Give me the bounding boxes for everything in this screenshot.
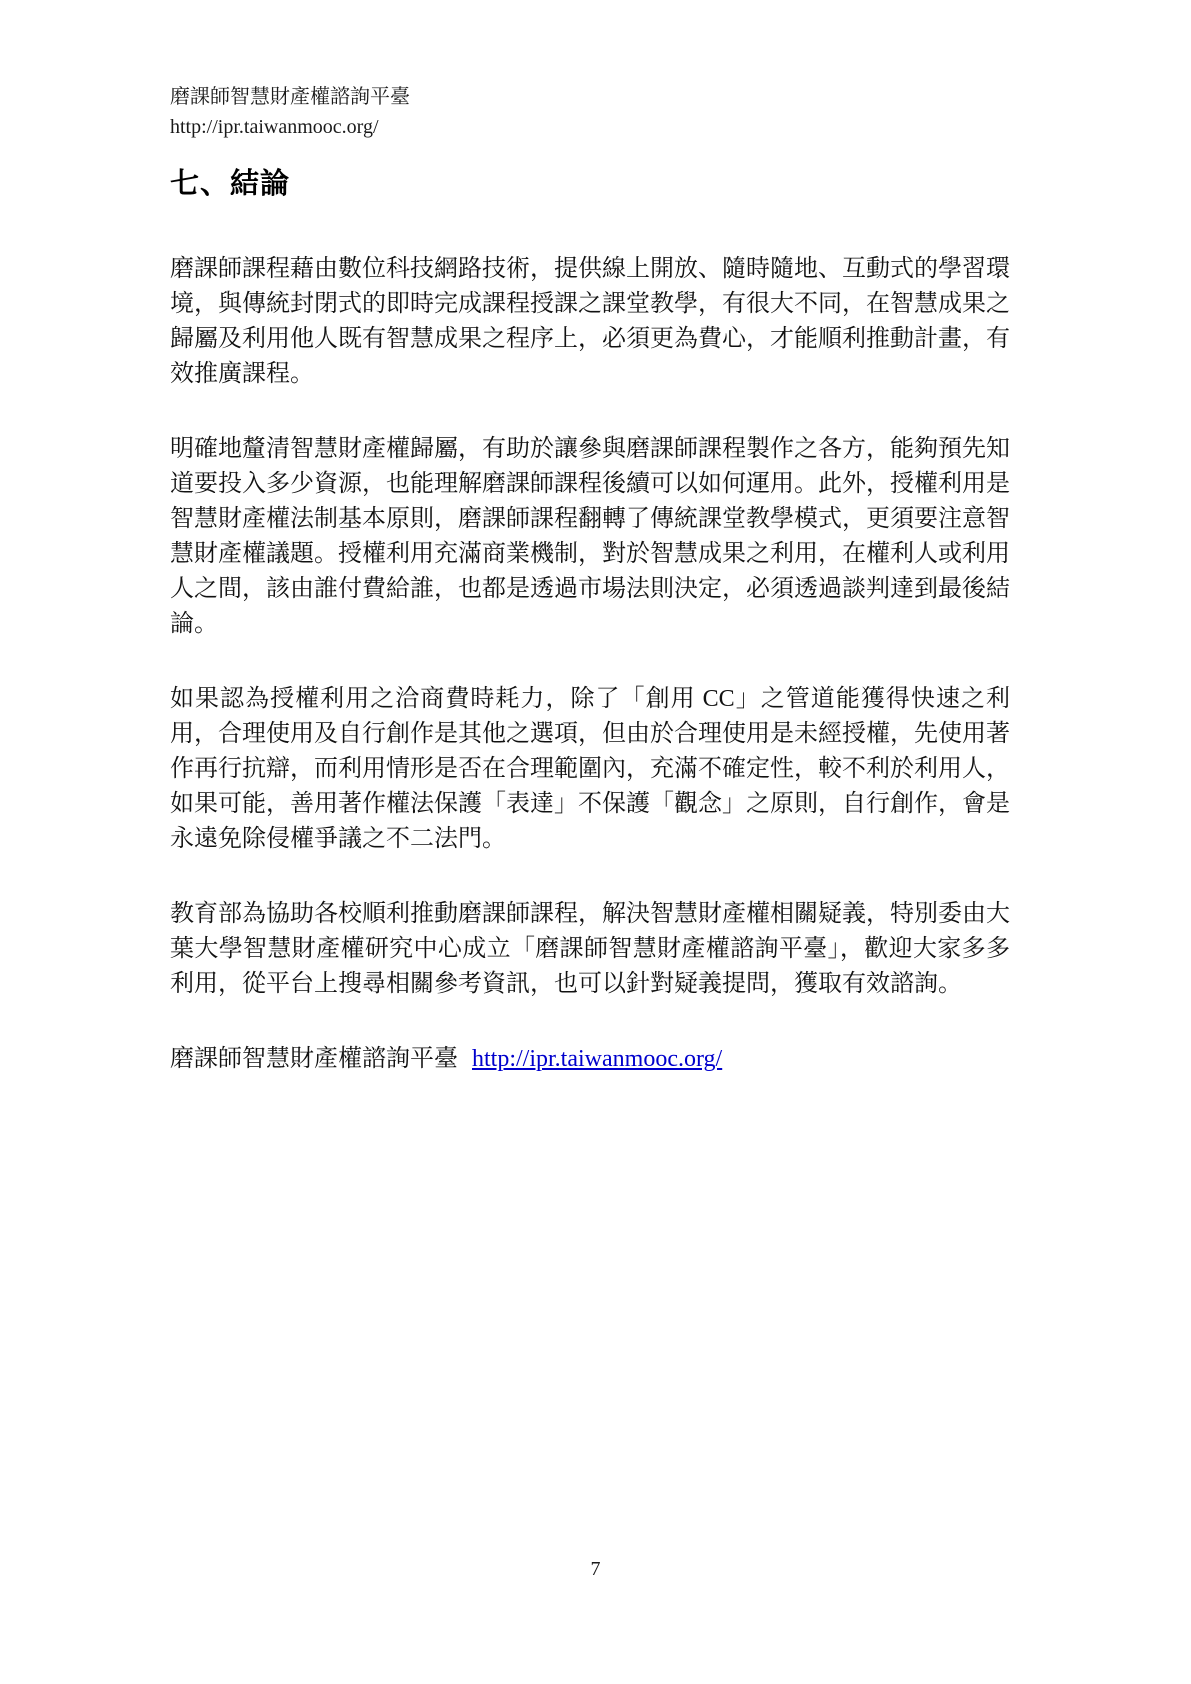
platform-link-line: 磨課師智慧財產權諮詢平臺http://ipr.taiwanmooc.org/ xyxy=(170,1042,1010,1077)
page-number: 7 xyxy=(0,1556,1191,1582)
header-url: http://ipr.taiwanmooc.org/ xyxy=(170,112,1010,142)
header-platform-name: 磨課師智慧財產權諮詢平臺 xyxy=(170,82,1010,112)
paragraph-2: 明確地釐清智慧財產權歸屬，有助於讓參與磨課師課程製作之各方，能夠預先知道要投入多… xyxy=(170,432,1010,642)
paragraph-4: 教育部為協助各校順利推動磨課師課程，解決智慧財產權相關疑義，特別委由大葉大學智慧… xyxy=(170,897,1010,1002)
platform-link-label: 磨課師智慧財產權諮詢平臺 xyxy=(170,1046,458,1072)
platform-link[interactable]: http://ipr.taiwanmooc.org/ xyxy=(472,1046,722,1072)
document-page: 磨課師智慧財產權諮詢平臺 http://ipr.taiwanmooc.org/ … xyxy=(0,0,1191,1684)
paragraph-3: 如果認為授權利用之洽商費時耗力，除了「創用 CC」之管道能獲得快速之利用，合理使… xyxy=(170,682,1010,857)
section-heading: 七、結論 xyxy=(170,166,1010,202)
page-header: 磨課師智慧財產權諮詢平臺 http://ipr.taiwanmooc.org/ xyxy=(170,82,1010,142)
paragraph-1: 磨課師課程藉由數位科技網路技術，提供線上開放、隨時隨地、互動式的學習環境，與傳統… xyxy=(170,252,1010,392)
